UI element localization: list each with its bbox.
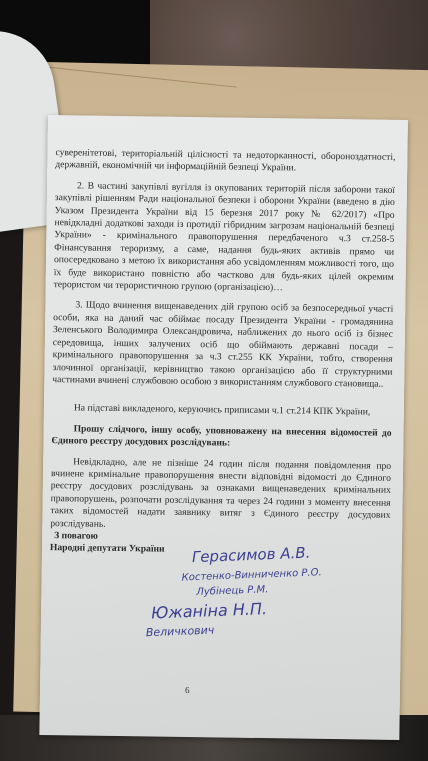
handwritten-signatures: Герасимов А.В. Костенко-Винниченко Р.О. … bbox=[140, 536, 402, 680]
request-body: Невідкладно, але не пізніше 24 годин піс… bbox=[50, 456, 391, 535]
signature-5: Величкович bbox=[146, 624, 215, 640]
document-page: суверенітетові, територіальній цілісност… bbox=[39, 115, 408, 740]
page-number: 6 bbox=[185, 685, 190, 695]
signature-3: Лубінець Р.М. bbox=[196, 584, 268, 598]
paragraph-item-2: 2. В частині закупівлі вугілля із окупов… bbox=[54, 180, 396, 296]
document-body: суверенітетові, територіальній цілісност… bbox=[50, 147, 396, 559]
signature-4: Южаніна Н.П. bbox=[151, 599, 268, 622]
request-heading: Прошу слідчого, іншу особу, уповноважену… bbox=[51, 423, 391, 453]
signature-2: Костенко-Винниченко Р.О. bbox=[181, 567, 321, 583]
paragraph-item-3: 3. Щодо вчинення вищенаведених дій групо… bbox=[52, 300, 393, 392]
paragraph-intro-tail: суверенітетові, територіальній цілісност… bbox=[55, 147, 395, 177]
signature-1: Герасимов А.В. bbox=[192, 544, 311, 567]
